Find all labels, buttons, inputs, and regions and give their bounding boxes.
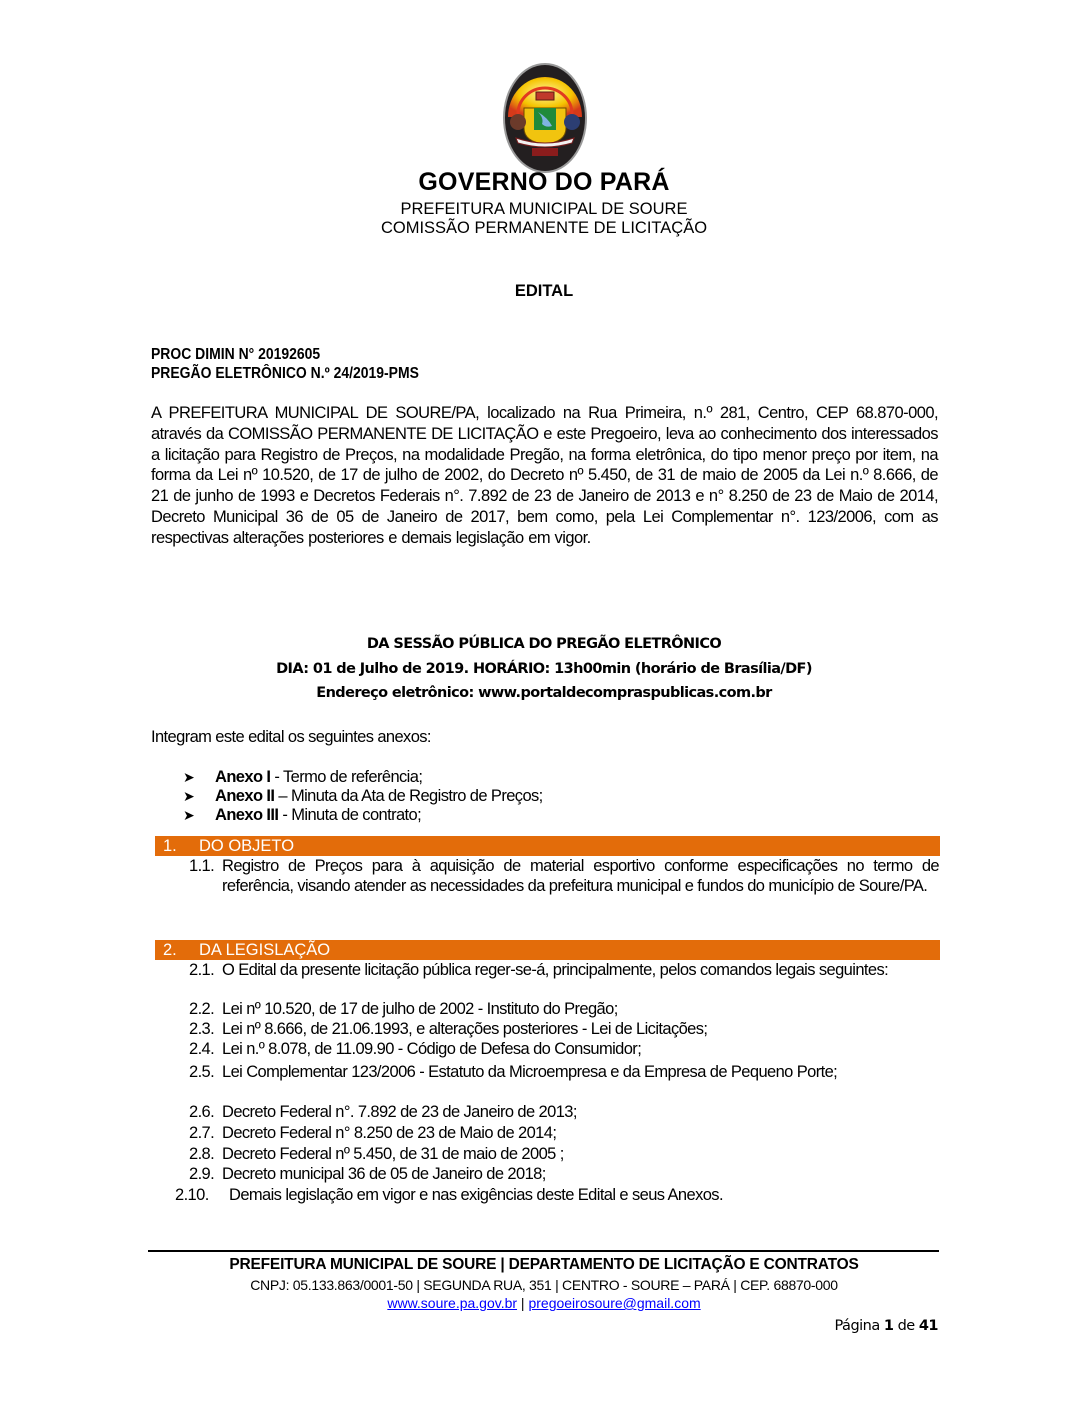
clause-item: 2.10. Demais legislação em vigor e nas e… [189,1186,939,1206]
clause-text: Decreto municipal 36 de 05 de Janeiro de… [222,1165,939,1185]
clause-number: 2.1. [189,961,214,981]
clause-number: 2.2. [189,1000,214,1020]
government-title: GOVERNO DO PARÁ [0,168,1088,197]
annexes-intro: Integram este edital os seguintes anexos… [151,728,431,747]
annex-text: Minuta de contrato; [291,806,421,824]
clause-text: Decreto Federal n°. 7.892 de 23 de Janei… [222,1103,939,1123]
session-web-address: Endereço eletrônico: www.portaldecompras… [0,685,1088,701]
footer-organization: PREFEITURA MUNICIPAL DE SOURE | DEPARTAM… [0,1256,1088,1274]
annex-item: ➤Anexo III - Minuta de contrato; [183,806,421,825]
section-number: 1. [155,836,199,856]
clause-text: O Edital da presente licitação pública r… [222,961,939,981]
footer-address: CNPJ: 05.133.863/0001-50 | SEGUNDA RUA, … [0,1277,1088,1293]
clause-number: 2.10. [175,1186,209,1206]
clause-item: 2.9. Decreto municipal 36 de 05 de Janei… [189,1165,939,1185]
commission-name: COMISSÃO PERMANENTE DE LICITAÇÃO [0,219,1088,238]
pregao-number: PREGÃO ELETRÔNICO N.º 24/2019-PMS [151,365,419,383]
clause-item: 2.7. Decreto Federal n° 8.250 de 23 de M… [189,1124,939,1144]
municipal-coat-of-arms-icon [502,62,588,174]
clause-text: Demais legislação em vigor e nas exigênc… [229,1186,939,1206]
annex-label: Anexo III [215,806,278,824]
clause-item: 2.4. Lei n.º 8.078, de 11.09.90 - Código… [189,1040,939,1060]
session-date-time: DIA: 01 de Julho de 2019. HORÁRIO: 13h00… [0,661,1088,677]
clause-item: 2.2. Lei nº 10.520, de 17 de julho de 20… [189,1000,939,1020]
annex-item: ➤Anexo I - Termo de referência; [183,768,422,787]
clause-number: 2.6. [189,1103,214,1123]
clause-number: 2.3. [189,1020,214,1040]
clause-item: 2.6. Decreto Federal n°. 7.892 de 23 de … [189,1103,939,1123]
clause-number: 2.5. [189,1063,214,1083]
clause-text: Lei nº 8.666, de 21.06.1993, e alteraçõe… [222,1020,939,1040]
section-heading-objeto: 1.DO OBJETO [155,836,940,856]
footer-divider [148,1250,939,1252]
annex-separator: - [278,806,291,824]
clause-text: Decreto Federal n° 8.250 de 23 de Maio d… [222,1124,939,1144]
clause-text: Lei Complementar 123/2006 - Estatuto da … [222,1063,939,1083]
clause-number: 2.8. [189,1145,214,1165]
annex-separator: – [274,787,291,805]
clause-text: Registro de Preços para à aquisição de m… [222,857,939,896]
document-type-heading: EDITAL [0,282,1088,301]
page-number: Página 1 de 41 [834,1318,938,1334]
page-of: de [898,1318,915,1334]
intro-paragraph: A PREFEITURA MUNICIPAL DE SOURE/PA, loca… [151,403,938,549]
annex-separator: - [270,768,283,786]
page-current: 1 [884,1318,894,1334]
clause-item: 1.1. Registro de Preços para à aquisição… [189,857,939,896]
clause-item: 2.1. O Edital da presente licitação públ… [189,961,939,981]
clause-number: 2.4. [189,1040,214,1060]
section-title: DO OBJETO [199,837,294,855]
annex-label: Anexo II [215,787,274,805]
clause-item: 2.3. Lei nº 8.666, de 21.06.1993, e alte… [189,1020,939,1040]
clause-number: 2.9. [189,1165,214,1185]
page-total: 41 [919,1318,938,1334]
arrowhead-bullet-icon: ➤ [183,769,215,786]
annex-text: Termo de referência; [283,768,422,786]
clause-text: Lei n.º 8.078, de 11.09.90 - Código de D… [222,1040,939,1060]
section-number: 2. [155,940,199,960]
clause-number: 1.1. [189,857,214,877]
municipality-name: PREFEITURA MUNICIPAL DE SOURE [0,200,1088,219]
website-link[interactable]: www.soure.pa.gov.br [387,1295,517,1311]
document-page: GOVERNO DO PARÁ PREFEITURA MUNICIPAL DE … [0,0,1088,1408]
annex-item: ➤Anexo II – Minuta da Ata de Registro de… [183,787,543,806]
clause-text: Decreto Federal nº 5.450, de 31 de maio … [222,1145,939,1165]
clause-item: 2.8. Decreto Federal nº 5.450, de 31 de … [189,1145,939,1165]
footer-links: www.soure.pa.gov.br | pregoeirosoure@gma… [0,1295,1088,1311]
clause-number: 2.7. [189,1124,214,1144]
clause-text: Lei nº 10.520, de 17 de julho de 2002 - … [222,1000,939,1020]
annex-text: Minuta da Ata de Registro de Preços; [291,787,543,805]
email-link[interactable]: pregoeirosoure@gmail.com [528,1295,700,1311]
proc-dimin-number: PROC DIMIN N° 20192605 [151,346,320,364]
page-label: Página [834,1318,879,1334]
section-heading-legislacao: 2.DA LEGISLAÇÃO [155,940,940,960]
section-title: DA LEGISLAÇÃO [199,941,330,959]
clause-item: 2.5. Lei Complementar 123/2006 - Estatut… [189,1063,939,1083]
annex-label: Anexo I [215,768,270,786]
arrowhead-bullet-icon: ➤ [183,807,215,824]
session-heading: DA SESSÃO PÚBLICA DO PREGÃO ELETRÔNICO [0,636,1088,652]
arrowhead-bullet-icon: ➤ [183,788,215,805]
link-separator: | [517,1295,528,1311]
